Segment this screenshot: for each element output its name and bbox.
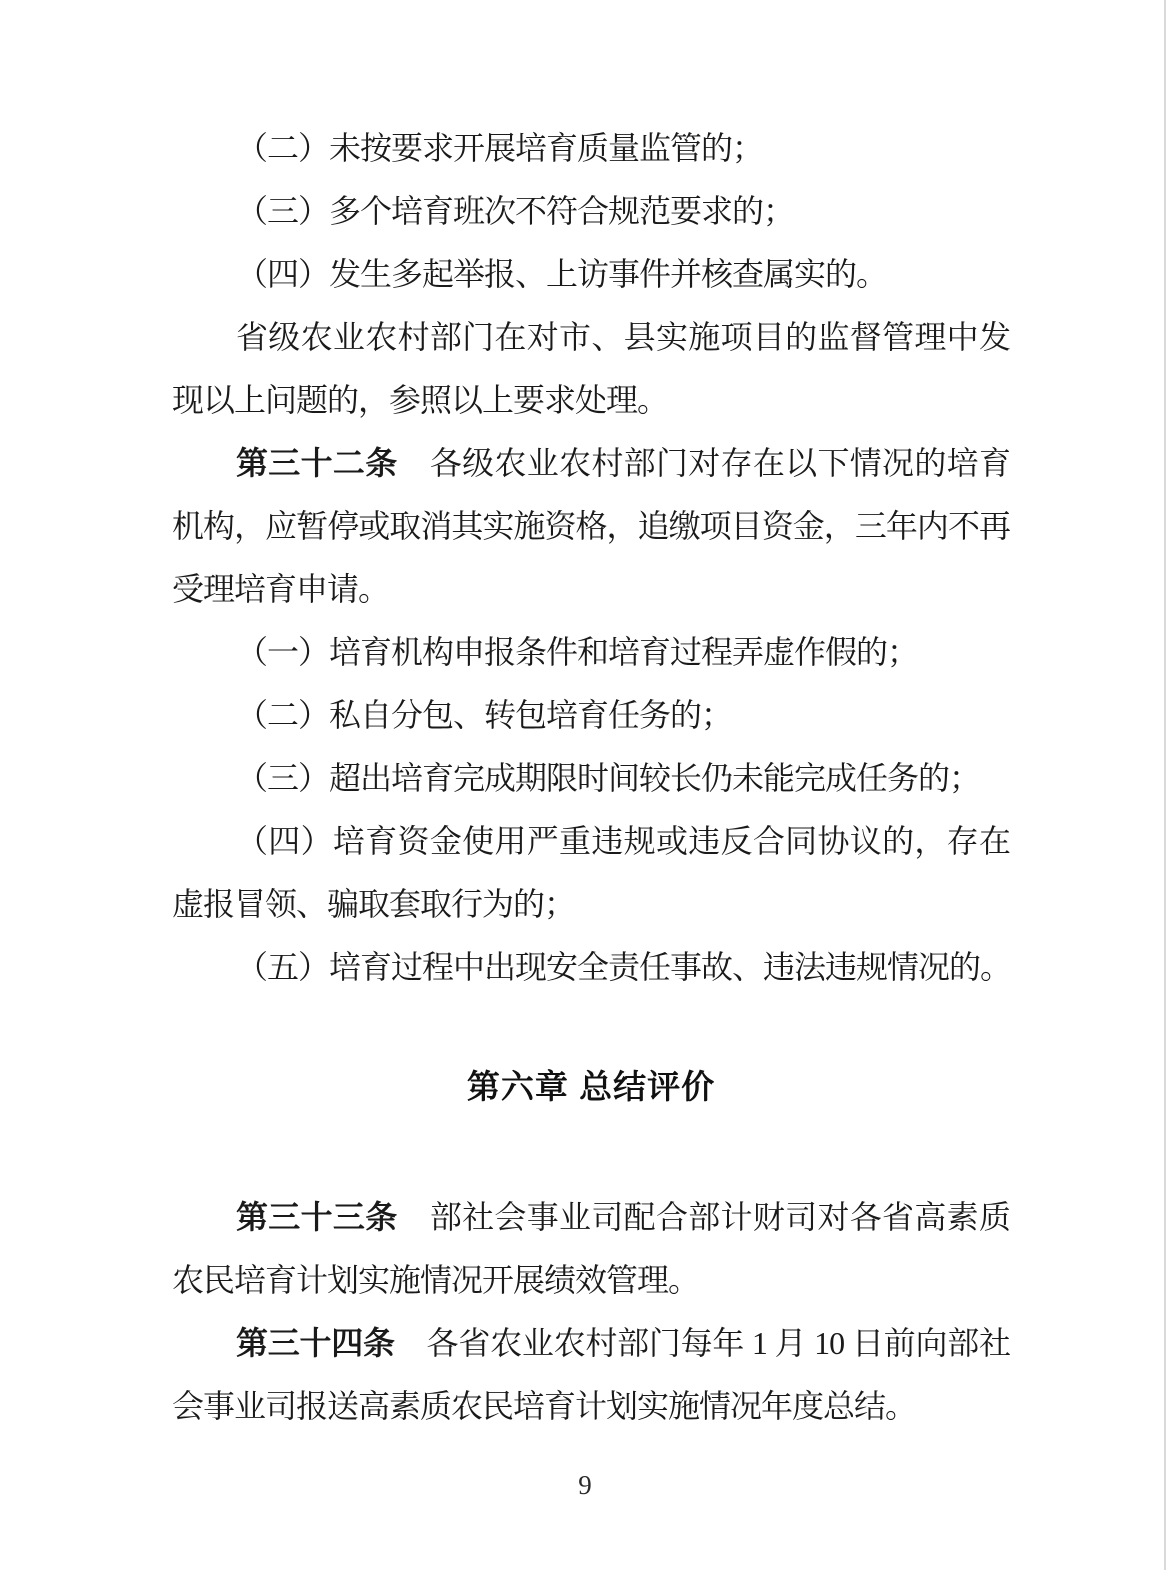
article-number: 第三十四条 (236, 1325, 395, 1361)
article-number: 第三十三条 (236, 1199, 398, 1235)
clause-item: （二）私自分包、转包培育任务的； (172, 684, 1010, 747)
paragraph-text: （五）培育过程中出现安全责任事故、违法违规情况的。 (236, 949, 1011, 985)
article-number: 第三十二条 (236, 445, 398, 481)
body-paragraph: 省级农业农村部门在对市、县实施项目的监督管理中发现以上问题的，参照以上要求处理。 (172, 306, 1010, 432)
chapter-heading: 第六章 总结评价 (172, 1055, 1010, 1118)
paragraph-text: （二）未按要求开展培育质量监管的； (236, 130, 763, 166)
article-paragraph: 第三十三条 部社会事业司配合部计财司对各省高素质农民培育计划实施情况开展绩效管理… (172, 1186, 1010, 1312)
document-page: （二）未按要求开展培育质量监管的； （三）多个培育班次不符合规范要求的； （四）… (0, 0, 1170, 1570)
clause-item: （四）发生多起举报、上访事件并核查属实的。 (172, 243, 1010, 306)
paragraph-text: （一）培育机构申报条件和培育过程弄虚作假的； (236, 634, 918, 670)
paragraph-text: （二）私自分包、转包培育任务的； (236, 697, 732, 733)
clause-item: （三）多个培育班次不符合规范要求的； (172, 180, 1010, 243)
paragraph-text: （四）培育资金使用严重违规或违反合同协议的，存在虚报冒领、骗取套取行为的； (172, 823, 1010, 922)
article-paragraph: 第三十四条 各省农业农村部门每年 1 月 10 日前向部社会事业司报送高素质农民… (172, 1312, 1010, 1438)
paragraph-text: （三）多个培育班次不符合规范要求的； (236, 193, 794, 229)
page-edge-divider (1164, 0, 1166, 1570)
article-paragraph: 第三十二条 各级农业农村部门对存在以下情况的培育机构，应暂停或取消其实施资格，追… (172, 432, 1010, 621)
clause-item: （四）培育资金使用严重违规或违反合同协议的，存在虚报冒领、骗取套取行为的； (172, 810, 1010, 936)
clause-item: （三）超出培育完成期限时间较长仍未能完成任务的； (172, 747, 1010, 810)
paragraph-text: 省级农业农村部门在对市、县实施项目的监督管理中发现以上问题的，参照以上要求处理。 (172, 319, 1010, 418)
page-number: 9 (0, 1468, 1170, 1502)
clause-item: （二）未按要求开展培育质量监管的； (172, 117, 1010, 180)
paragraph-text: （四）发生多起举报、上访事件并核查属实的。 (236, 256, 887, 292)
paragraph-text: （三）超出培育完成期限时间较长仍未能完成任务的； (236, 760, 980, 796)
clause-item: （五）培育过程中出现安全责任事故、违法违规情况的。 (172, 936, 1050, 999)
clause-item: （一）培育机构申报条件和培育过程弄虚作假的； (172, 621, 1010, 684)
document-body: （二）未按要求开展培育质量监管的； （三）多个培育班次不符合规范要求的； （四）… (172, 117, 1010, 1438)
